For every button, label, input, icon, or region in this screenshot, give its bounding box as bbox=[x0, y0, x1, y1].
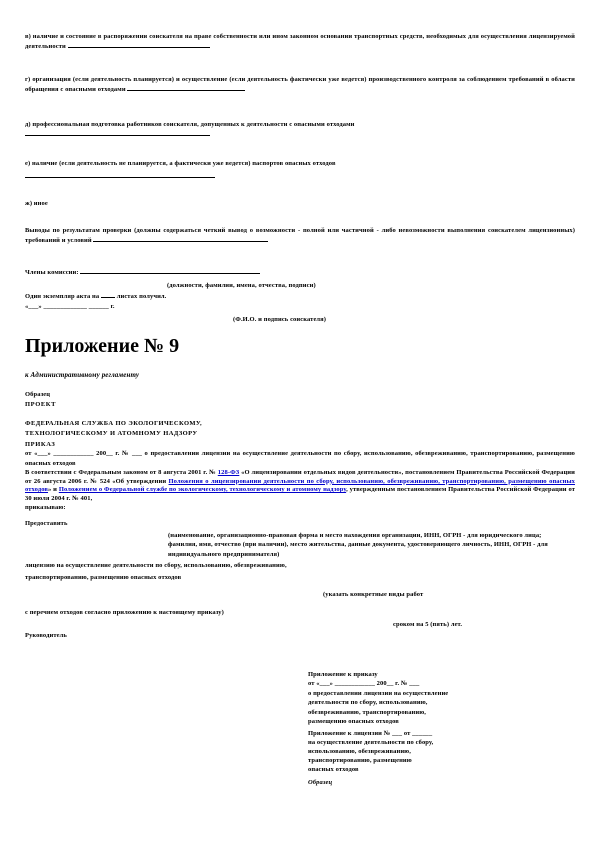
draft-label: ПРОЕКТ bbox=[25, 400, 56, 409]
waste-list-note: с перечнем отходов согласно приложению к… bbox=[25, 608, 224, 617]
agency-name-line1-text: ФЕДЕРАЛЬНАЯ СЛУЖБА ПО ЭКОЛОГИЧЕСКОМУ, bbox=[25, 420, 202, 427]
blank-line bbox=[80, 267, 260, 274]
order-label: ПРИКАЗ bbox=[25, 440, 55, 449]
license-annex-line: транспортированию, размещению bbox=[308, 756, 538, 765]
order-annex-line: о предоставлении лицензии на осуществлен… bbox=[308, 689, 538, 698]
works-note-text: (указать конкретные виды работ bbox=[323, 591, 423, 598]
blank-line bbox=[127, 84, 245, 91]
date-line: «___» _____________ ______ г. bbox=[25, 302, 115, 311]
license-line2-text: транспортированию, размещению опасных от… bbox=[25, 574, 181, 581]
legal-basis-seg1: В соответствии с Федеральным законом от … bbox=[25, 469, 218, 476]
footer-sample-label: Образец bbox=[308, 778, 332, 787]
agency-name-line1: ФЕДЕРАЛЬНАЯ СЛУЖБА ПО ЭКОЛОГИЧЕСКОМУ, bbox=[25, 419, 202, 428]
head-signature-label-text: Руководитель bbox=[25, 632, 67, 639]
order-title-text: от «___» ____________ 200__ г. № ___ о п… bbox=[25, 450, 575, 467]
act-item-g-text: г) организация (если деятельность планир… bbox=[25, 76, 575, 93]
license-annex-line: на осуществление деятельности по сбору, bbox=[308, 738, 538, 747]
act-item-d: д) профессиональная подготовка работнико… bbox=[25, 120, 575, 129]
legal-basis-seg3: » и bbox=[48, 486, 59, 493]
license-annex-block: Приложение к лицензии № ___ от ______ на… bbox=[308, 729, 538, 774]
license-annex-line: использованию, обезвреживанию, bbox=[308, 747, 538, 756]
agency-name-line2-text: ТЕХНОЛОГИЧЕСКОМУ И АТОМНОМУ НАДЗОРУ bbox=[25, 430, 198, 437]
copy-received-after: листах получил. bbox=[117, 293, 167, 300]
license-line1: лицензию на осуществление деятельности п… bbox=[25, 561, 287, 570]
signature-note-text: (Ф.И.О. и подпись соискателя) bbox=[233, 316, 326, 323]
order-annex-line: Приложение к приказу bbox=[308, 670, 538, 679]
act-item-zh-text: ж) иное bbox=[25, 200, 48, 207]
act-item-g: г) организация (если деятельность планир… bbox=[25, 75, 575, 94]
appendix-subtitle-text: к Административному регламенту bbox=[25, 371, 139, 379]
appendix-title: Приложение № 9 bbox=[25, 336, 179, 357]
waste-list-note-text: с перечнем отходов согласно приложению к… bbox=[25, 609, 224, 616]
draft-label-text: ПРОЕКТ bbox=[25, 401, 56, 408]
copy-received-line: Один экземпляр акта на листах получил. bbox=[25, 291, 166, 301]
blank-line bbox=[68, 41, 210, 48]
date-line-text: «___» _____________ ______ г. bbox=[25, 303, 115, 310]
license-annex-line: опасных отходов bbox=[308, 765, 538, 774]
order-annex-line: от «___» ____________ 200__ г. № ___ bbox=[308, 679, 538, 688]
grant-note-text: (наименование, организационно-правовая ф… bbox=[168, 532, 548, 558]
act-item-v: в) наличие и состояние в распоряжении со… bbox=[25, 32, 575, 51]
copy-received-before: Один экземпляр акта на bbox=[25, 293, 99, 300]
blank-line bbox=[25, 135, 210, 136]
blank-line bbox=[101, 291, 115, 298]
order-annex-block: Приложение к приказу от «___» __________… bbox=[308, 670, 538, 726]
head-signature-label: Руководитель bbox=[25, 631, 67, 640]
license-line1-text: лицензию на осуществление деятельности п… bbox=[25, 562, 287, 569]
works-note: (указать конкретные виды работ bbox=[323, 590, 423, 599]
order-title: от «___» ____________ 200__ г. № ___ о п… bbox=[25, 449, 575, 469]
term-note: сроком на 5 (пять) лет. bbox=[393, 620, 462, 629]
act-item-e: е) наличие (если деятельность не планиру… bbox=[25, 159, 575, 168]
order-annex-line: деятельности по сбору, использованию, bbox=[308, 698, 538, 707]
act-item-e-text: е) наличие (если деятельность не планиру… bbox=[25, 160, 336, 167]
license-annex-line: Приложение к лицензии № ___ от ______ bbox=[308, 729, 538, 738]
license-line2: транспортированию, размещению опасных от… bbox=[25, 573, 181, 582]
footer-sample-label-text: Образец bbox=[308, 779, 332, 786]
commission-row: Члены комиссии: bbox=[25, 267, 260, 277]
term-note-text: сроком на 5 (пять) лет. bbox=[393, 621, 462, 628]
order-verb: приказываю: bbox=[25, 503, 66, 512]
order-verb-text: приказываю: bbox=[25, 504, 66, 511]
commission-label: Члены комиссии: bbox=[25, 269, 79, 276]
sample-label: Образец bbox=[25, 390, 50, 399]
act-item-zh: ж) иное bbox=[25, 199, 48, 208]
blank-line bbox=[25, 177, 215, 178]
commission-note: (должности, фамилии, имена, отчества, по… bbox=[167, 281, 316, 290]
act-conclusions: Выводы по результатам проверки (должны с… bbox=[25, 226, 575, 245]
act-item-d-text: д) профессиональная подготовка работнико… bbox=[25, 121, 355, 128]
grant-label-text: Предоставить bbox=[25, 520, 68, 527]
agency-name-line2: ТЕХНОЛОГИЧЕСКОМУ И АТОМНОМУ НАДЗОРУ bbox=[25, 429, 198, 438]
document-page: в) наличие и состояние в распоряжении со… bbox=[0, 0, 595, 842]
commission-note-text: (должности, фамилии, имена, отчества, по… bbox=[167, 282, 316, 289]
appendix-subtitle: к Административному регламенту bbox=[25, 371, 139, 380]
order-annex-line: размещению опасных отходов bbox=[308, 717, 538, 726]
blank-line bbox=[93, 235, 268, 242]
law-128fz-link[interactable]: 128-ФЗ bbox=[218, 469, 240, 476]
grant-label: Предоставить bbox=[25, 519, 68, 528]
order-label-text: ПРИКАЗ bbox=[25, 441, 55, 448]
sample-label-text: Образец bbox=[25, 391, 50, 398]
signature-note: (Ф.И.О. и подпись соискателя) bbox=[233, 315, 326, 324]
legal-basis-paragraph: В соответствии с Федеральным законом от … bbox=[25, 469, 575, 504]
appendix-title-text: Приложение № 9 bbox=[25, 335, 179, 357]
grant-note: (наименование, организационно-правовая ф… bbox=[168, 531, 568, 559]
order-annex-line: обезвреживанию, транспортированию, bbox=[308, 708, 538, 717]
service-regulation-link[interactable]: Положением о Федеральной службе по эколо… bbox=[59, 486, 346, 493]
